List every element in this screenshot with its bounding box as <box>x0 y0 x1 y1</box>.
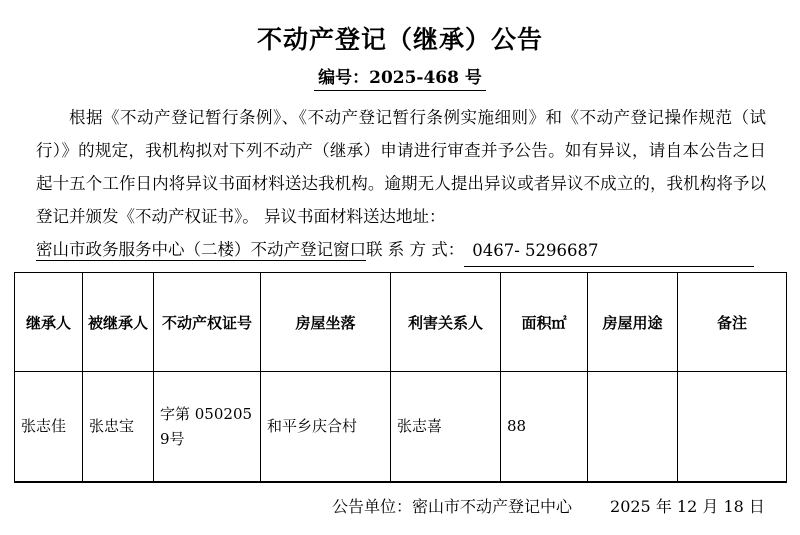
cell-interested-party: 张志喜 <box>391 372 501 483</box>
cell-heir: 张志佳 <box>15 372 83 483</box>
cell-decedent: 张忠宝 <box>83 372 154 483</box>
table-header-remarks: 备注 <box>678 273 787 372</box>
table-header-certificate-no: 不动产权证号 <box>154 273 261 372</box>
delivery-address: 密山市政务服务中心（二楼）不动产登记窗口 <box>36 240 366 261</box>
contact-phone: 0467- 5296687 <box>464 236 754 267</box>
doc-number: 编号：2025-468 号 <box>314 63 486 91</box>
footer: 公告单位：密山市不动产登记中心 2025 年 12 月 18 日 <box>332 497 800 517</box>
doc-number-row: 编号：2025-468 号 <box>0 63 800 91</box>
announcement-document: 不动产登记（继承）公告 编号：2025-468 号 根据《不动产登记暂行条例》、… <box>0 0 800 535</box>
announcement-date: 2025 年 12 月 18 日 <box>610 497 765 517</box>
body-paragraph: 根据《不动产登记暂行条例》、《不动产登记暂行条例实施细则》和《不动产登记操作规范… <box>36 101 766 233</box>
table-header-area: 面积㎡ <box>501 273 588 372</box>
table-row: 张志佳 张忠宝 字第 0502059号 和平乡庆合村 张志喜 88 <box>15 372 787 483</box>
cell-area: 88 <box>501 372 588 483</box>
cell-house-use <box>588 372 678 483</box>
contact-label: 联 系 方 式： <box>366 240 464 259</box>
table-header-heir: 继承人 <box>15 273 83 372</box>
table-header-decedent: 被继承人 <box>83 273 154 372</box>
table-header-property-location: 房屋坐落 <box>261 273 391 372</box>
cell-remarks <box>678 372 787 483</box>
announcing-unit: 公告单位：密山市不动产登记中心 <box>332 497 572 517</box>
table-header-row: 继承人 被继承人 不动产权证号 房屋坐落 利害关系人 面积㎡ 房屋用途 备注 <box>15 273 787 372</box>
announcement-table: 继承人 被继承人 不动产权证号 房屋坐落 利害关系人 面积㎡ 房屋用途 备注 张… <box>14 272 787 483</box>
page-title: 不动产登记（继承）公告 <box>0 0 800 55</box>
address-line: 密山市政务服务中心（二楼）不动产登记窗口联 系 方 式：0467- 529668… <box>36 233 766 266</box>
table-header-house-use: 房屋用途 <box>588 273 678 372</box>
cell-property-location: 和平乡庆合村 <box>261 372 391 483</box>
table-header-interested-party: 利害关系人 <box>391 273 501 372</box>
cell-certificate-no: 字第 0502059号 <box>154 372 261 483</box>
